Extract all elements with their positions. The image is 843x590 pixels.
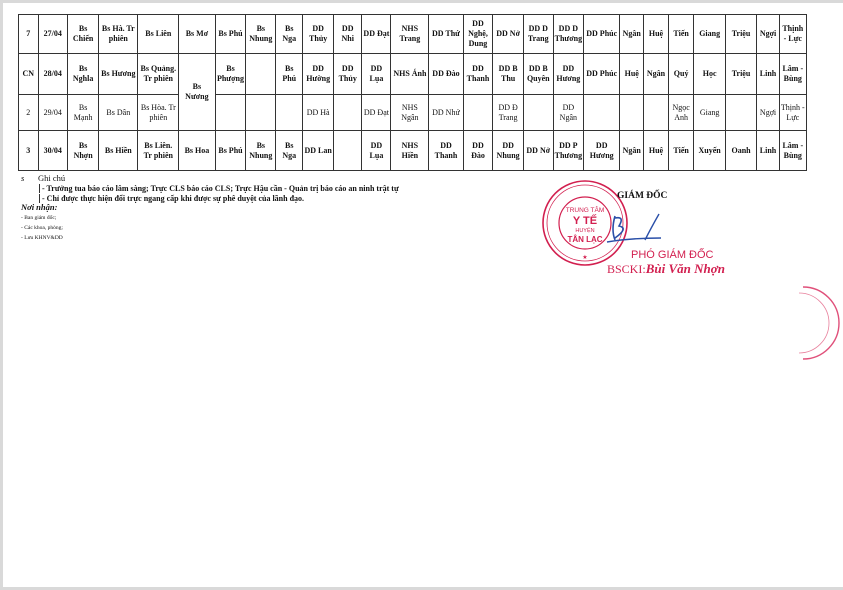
- schedule-cell: DD Lan: [303, 131, 334, 171]
- schedule-cell: [725, 95, 756, 131]
- signer-fullname: Bùi Văn Nhợn: [646, 261, 725, 276]
- schedule-cell: [523, 95, 553, 131]
- duty-schedule-table: 727/04Bs ChiếnBs Hà. Tr phiênBs LiênBs M…: [18, 14, 843, 171]
- schedule-cell: Bs Liên: [138, 15, 179, 54]
- schedule-cell: Tiến: [668, 15, 694, 54]
- schedule-cell: [334, 95, 362, 131]
- schedule-cell: DD Đạt: [362, 95, 391, 131]
- schedule-cell: DD Thanh: [463, 54, 493, 95]
- schedule-cell: DD D Thương: [553, 15, 583, 54]
- recipient-item: - Ban giám đốc;: [21, 215, 56, 221]
- signer-name: BSCKI:Bùi Văn Nhợn: [607, 261, 725, 277]
- schedule-cell: Bs Nương: [179, 54, 215, 131]
- schedule-cell: Bs Phượng: [215, 54, 246, 95]
- schedule-cell: DD Thủy: [303, 15, 334, 54]
- schedule-cell: Quý: [668, 54, 694, 95]
- partial-stamp-icon: [773, 283, 843, 363]
- schedule-cell: Bs Phú: [215, 15, 246, 54]
- svg-text:★: ★: [582, 254, 587, 261]
- schedule-cell: Ngân: [620, 15, 644, 54]
- schedule-cell: Bs Chiến: [67, 15, 98, 54]
- schedule-cell: [463, 95, 493, 131]
- schedule-cell: DD Hương: [553, 54, 583, 95]
- schedule-cell: Bs Liên. Tr phiên: [138, 131, 179, 171]
- recipient-item: - Lưu KHNV&DD: [21, 235, 63, 241]
- schedule-cell: CN: [19, 54, 39, 95]
- schedule-cell: Triệu: [725, 54, 756, 95]
- schedule-cell: NHS Ngân: [391, 95, 429, 131]
- schedule-cell: Huệ: [620, 54, 644, 95]
- schedule-cell: [620, 95, 644, 131]
- schedule-cell: Bs Nghla: [67, 54, 98, 95]
- schedule-cell: [584, 95, 620, 131]
- signature-title: GIÁM ĐỐC: [617, 191, 667, 201]
- schedule-cell: DD Hà: [303, 95, 334, 131]
- schedule-cell: Bs Nhung: [246, 15, 276, 54]
- schedule-cell: 28/04: [38, 54, 67, 95]
- schedule-cell: DD Đào: [463, 131, 493, 171]
- schedule-cell: DD Thủy: [334, 54, 362, 95]
- schedule-cell: Lâm - Bùng: [779, 131, 806, 171]
- schedule-cell: Oanh: [725, 131, 756, 171]
- deputy-title: PHÓ GIÁM ĐỐC: [631, 249, 714, 261]
- schedule-cell: 29/04: [38, 95, 67, 131]
- schedule-cell: 2: [19, 95, 39, 131]
- schedule-cell: Ngọc Anh: [668, 95, 694, 131]
- schedule-cell: 7: [19, 15, 39, 54]
- svg-text:TRUNG TÂM: TRUNG TÂM: [566, 205, 605, 214]
- schedule-cell: Bs Hiền: [99, 131, 138, 171]
- schedule-cell: DD Nhung: [493, 131, 524, 171]
- schedule-cell: Ngân: [620, 131, 644, 171]
- schedule-cell: DD Lụa: [362, 131, 391, 171]
- notes-title: Ghi chú: [38, 173, 65, 183]
- schedule-cell: Triệu: [725, 15, 756, 54]
- schedule-cell: Bs Phú: [215, 131, 246, 171]
- schedule-cell: DD Đ Trang: [493, 95, 524, 131]
- document-page: 727/04Bs ChiếnBs Hà. Tr phiênBs LiênBs M…: [3, 3, 843, 587]
- schedule-cell: DD Nhi: [334, 15, 362, 54]
- schedule-cell: Bs Hương: [99, 54, 138, 95]
- schedule-cell: Bs Nhung: [246, 131, 276, 171]
- schedule-cell: DD Thứ: [429, 15, 463, 54]
- schedule-cell: [246, 95, 276, 131]
- schedule-cell: Bs Nga: [276, 15, 303, 54]
- schedule-cell: DD Đào: [429, 54, 463, 95]
- schedule-cell: Học: [694, 54, 726, 95]
- schedule-cell: [246, 54, 276, 95]
- schedule-cell: DD Ngân: [553, 95, 583, 131]
- schedule-cell: Linh: [757, 54, 780, 95]
- schedule-cell: Giang: [694, 15, 726, 54]
- schedule-cell: Bs Hòa. Tr phiên: [138, 95, 179, 131]
- schedule-cell: DD P Thương: [553, 131, 583, 171]
- schedule-cell: Bs Mạnh: [67, 95, 98, 131]
- schedule-cell: DD B Quyên: [523, 54, 553, 95]
- schedule-cell: Linh: [757, 131, 780, 171]
- schedule-cell: DD B Thu: [493, 54, 524, 95]
- schedule-cell: Bs Nhợn: [67, 131, 98, 171]
- signature-scribble-icon: [601, 208, 671, 248]
- schedule-cell: DD Hường: [303, 54, 334, 95]
- schedule-cell: Lâm - Bùng: [779, 54, 806, 95]
- schedule-cell: DD Nở: [493, 15, 524, 54]
- schedule-cell: [334, 131, 362, 171]
- svg-text:HUYỆN: HUYỆN: [575, 226, 594, 234]
- recipients-title: Nơi nhận:: [21, 202, 57, 212]
- schedule-cell: Ngợi: [757, 15, 780, 54]
- schedule-cell: Bs Quảng. Tr phiên: [138, 54, 179, 95]
- schedule-cell: NHS Trang: [391, 15, 429, 54]
- schedule-cell: NHS Hiền: [391, 131, 429, 171]
- schedule-cell: Bs Nga: [276, 131, 303, 171]
- svg-text:TÂN LẠC: TÂN LẠC: [567, 235, 602, 244]
- schedule-cell: Huệ: [644, 15, 669, 54]
- recipient-item: - Các khoa, phòng;: [21, 225, 63, 231]
- schedule-cell: [215, 95, 246, 131]
- note-line: - Chỉ được thực hiện đổi trực ngang cấp …: [39, 194, 304, 203]
- schedule-cell: Bs Hà. Tr phiên: [99, 15, 138, 54]
- schedule-cell: DD Phúc: [584, 54, 620, 95]
- svg-text:Y TẾ: Y TẾ: [573, 214, 597, 227]
- schedule-row: 330/04Bs NhợnBs HiềnBs Liên. Tr phiênBs …: [19, 131, 843, 171]
- schedule-cell: Tiến: [668, 131, 694, 171]
- schedule-cell: DD Nở: [523, 131, 553, 171]
- schedule-cell: Ngợi: [757, 95, 780, 131]
- schedule-cell: Ngân: [644, 54, 669, 95]
- schedule-row: CN28/04Bs NghlaBs HươngBs Quảng. Tr phiê…: [19, 54, 843, 95]
- schedule-cell: Bs Dân: [99, 95, 138, 131]
- signer-prefix: BSCKI:: [607, 262, 646, 276]
- schedule-cell: Bs Mơ: [179, 15, 215, 54]
- schedule-cell: Bs Phú: [276, 54, 303, 95]
- schedule-cell: DD Nhứ: [429, 95, 463, 131]
- schedule-cell: DD Hương: [584, 131, 620, 171]
- notes-marker: s: [21, 173, 24, 183]
- schedule-cell: 3: [19, 131, 39, 171]
- schedule-cell: NHS Ánh: [391, 54, 429, 95]
- schedule-cell: DD Lụa: [362, 54, 391, 95]
- schedule-cell: Bs Hoa: [179, 131, 215, 171]
- schedule-cell: Huệ: [644, 131, 669, 171]
- schedule-cell: Thịnh - Lực: [779, 95, 806, 131]
- schedule-cell: Xuyến: [694, 131, 726, 171]
- note-line: - Trưởng tua báo cáo lâm sàng; Trực CLS …: [39, 184, 399, 193]
- schedule-cell: Thịnh - Lực: [779, 15, 806, 54]
- schedule-cell: DD D Trang: [523, 15, 553, 54]
- schedule-cell: DD Thanh: [429, 131, 463, 171]
- schedule-cell: DD Đạt: [362, 15, 391, 54]
- schedule-row: 727/04Bs ChiếnBs Hà. Tr phiênBs LiênBs M…: [19, 15, 843, 54]
- schedule-row: 229/04Bs MạnhBs DânBs Hòa. Tr phiênDD Hà…: [19, 95, 843, 131]
- schedule-cell: 30/04: [38, 131, 67, 171]
- schedule-cell: DD Nghệ, Dung: [463, 15, 493, 54]
- schedule-cell: [276, 95, 303, 131]
- schedule-cell: Giang: [694, 95, 726, 131]
- schedule-cell: DD Phúc: [584, 15, 620, 54]
- schedule-cell: 27/04: [38, 15, 67, 54]
- schedule-cell: [644, 95, 669, 131]
